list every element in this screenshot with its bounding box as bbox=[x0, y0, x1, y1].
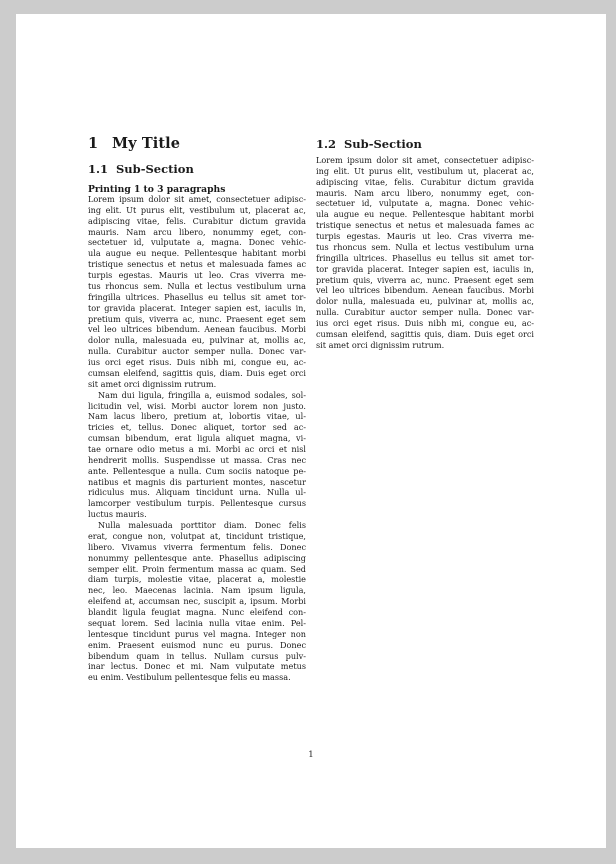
text-line: turpis egestas. Mauris ut leo. Cras vive… bbox=[316, 231, 534, 242]
text-line: tristique senectus et netus et malesuada… bbox=[316, 220, 534, 231]
text-line: ing elit. Ut purus elit, vestibulum ut, … bbox=[316, 166, 534, 177]
subsection-title: 1.1Sub-Section bbox=[88, 162, 194, 176]
text-line: sectetuer id, vulputate a, magna. Donec … bbox=[316, 198, 534, 209]
text-line: hendrerit mollis. Suspendisse ut massa. … bbox=[88, 455, 306, 466]
text-line: lentesque tincidunt purus vel magna. Int… bbox=[88, 629, 306, 640]
text-line: sit amet orci dignissim rutrum. bbox=[316, 340, 534, 351]
text-line: natibus et magnis dis parturient montes,… bbox=[88, 477, 306, 488]
section-number: 1 bbox=[88, 135, 112, 152]
text-line: vel leo ultrices bibendum. Aenean faucib… bbox=[88, 324, 306, 335]
text-line: ante. Pellentesque a nulla. Cum sociis n… bbox=[88, 466, 306, 477]
subsection-title: 1.2Sub-Section bbox=[316, 137, 422, 151]
section-title-text: My Title bbox=[112, 135, 180, 152]
subsection-title-text: Sub-Section bbox=[116, 162, 194, 176]
text-line: lamcorper vestibulum turpis. Pellentesqu… bbox=[88, 498, 306, 509]
text-line: nec, leo. Maecenas lacinia. Nam ipsum li… bbox=[88, 585, 306, 596]
text-line: libero. Vivamus viverra fermentum felis.… bbox=[88, 542, 306, 553]
text-line: sequat lorem. Sed lacinia nulla vitae en… bbox=[88, 618, 306, 629]
text-line: adipiscing vitae, felis. Curabitur dictu… bbox=[88, 216, 306, 227]
text-line: pretium quis, viverra ac, nunc. Praesent… bbox=[316, 275, 534, 286]
text-line: nonummy pellentesque ante. Phasellus adi… bbox=[88, 553, 306, 564]
text-line: ula augue eu neque. Pellentesque habitan… bbox=[88, 248, 306, 259]
text-line: Nam dui ligula, fringilla a, euismod sod… bbox=[88, 390, 306, 401]
text-line: eu enim. Vestibulum pellentesque felis e… bbox=[88, 672, 306, 683]
text-line: ula augue eu neque. Pellentesque habitan… bbox=[316, 209, 534, 220]
text-line: semper elit. Proin fermentum massa ac qu… bbox=[88, 564, 306, 575]
text-line: ridiculus mus. Aliquam tincidunt urna. N… bbox=[88, 487, 306, 498]
text-line: adipiscing vitae, felis. Curabitur dictu… bbox=[316, 177, 534, 188]
text-line: tus rhoncus sem. Nulla et lectus vestibu… bbox=[316, 242, 534, 253]
subsection-number: 1.2 bbox=[316, 137, 344, 151]
text-line: mauris. Nam arcu libero, nonummy eget, c… bbox=[88, 227, 306, 238]
text-line: Nam lacus libero, pretium at, lobortis v… bbox=[88, 411, 306, 422]
text-line: tae ornare odio metus a mi. Morbi ac orc… bbox=[88, 444, 306, 455]
text-line: mauris. Nam arcu libero, nonummy eget, c… bbox=[316, 188, 534, 199]
text-line: ius orci eget risus. Duis nibh mi, congu… bbox=[316, 318, 534, 329]
text-line: dolor nulla, malesuada eu, pulvinar at, … bbox=[88, 335, 306, 346]
text-line: tor gravida placerat. Integer sapien est… bbox=[88, 303, 306, 314]
text-line: Nulla malesuada porttitor diam. Donec fe… bbox=[88, 520, 306, 531]
text-line: inar lectus. Donec et mi. Nam vulputate … bbox=[88, 661, 306, 672]
text-line: bibendum quam in tellus. Nullam cursus p… bbox=[88, 651, 306, 662]
page-number: 1 bbox=[16, 750, 606, 760]
text-line: vel leo ultrices bibendum. Aenean faucib… bbox=[316, 285, 534, 296]
text-line: eleifend at, accumsan nec, suscipit a, i… bbox=[88, 596, 306, 607]
text-line: cumsan eleifend, sagittis quis, diam. Du… bbox=[88, 368, 306, 379]
text-line: luctus mauris. bbox=[88, 509, 306, 520]
subsection-title-text: Sub-Section bbox=[344, 137, 422, 151]
text-line: Lorem ipsum dolor sit amet, consectetuer… bbox=[88, 194, 306, 205]
text-line: pretium quis, viverra ac, nunc. Praesent… bbox=[88, 314, 306, 325]
text-line: tricies et, tellus. Donec aliquet, torto… bbox=[88, 422, 306, 433]
text-line: tristique senectus et netus et malesuada… bbox=[88, 259, 306, 270]
document-page: 1My Title 1.1Sub-Section Printing 1 to 3… bbox=[16, 14, 606, 848]
text-line: blandit ligula feugiat magna. Nunc eleif… bbox=[88, 607, 306, 618]
text-line: tor gravida placerat. Integer sapien est… bbox=[316, 264, 534, 275]
text-line: dolor nulla, malesuada eu, pulvinar at, … bbox=[316, 296, 534, 307]
text-line: Lorem ipsum dolor sit amet, consectetuer… bbox=[316, 155, 534, 166]
text-line: tus rhoncus sem. Nulla et lectus vestibu… bbox=[88, 281, 306, 292]
text-line: ius orci eget risus. Duis nibh mi, congu… bbox=[88, 357, 306, 368]
text-line: erat, congue non, volutpat at, tincidunt… bbox=[88, 531, 306, 542]
text-line: licitudin vel, wisi. Morbi auctor lorem … bbox=[88, 401, 306, 412]
text-line: fringilla ultrices. Phasellus eu tellus … bbox=[316, 253, 534, 264]
text-line: nulla. Curabitur auctor semper nulla. Do… bbox=[88, 346, 306, 357]
text-line: fringilla ultrices. Phasellus eu tellus … bbox=[88, 292, 306, 303]
text-line: cumsan eleifend, sagittis quis, diam. Du… bbox=[316, 329, 534, 340]
text-line: cumsan bibendum, erat ligula aliquet mag… bbox=[88, 433, 306, 444]
subsection-number: 1.1 bbox=[88, 162, 116, 176]
text-line: nulla. Curabitur auctor semper nulla. Do… bbox=[316, 307, 534, 318]
text-line: enim. Praesent euismod nunc eu purus. Do… bbox=[88, 640, 306, 651]
text-line: ing elit. Ut purus elit, vestibulum ut, … bbox=[88, 205, 306, 216]
text-line: turpis egestas. Mauris ut leo. Cras vive… bbox=[88, 270, 306, 281]
text-line: sectetuer id, vulputate a, magna. Donec … bbox=[88, 237, 306, 248]
text-line: diam turpis, molestie vitae, placerat a,… bbox=[88, 574, 306, 585]
section-title: 1My Title bbox=[88, 135, 180, 152]
text-line: sit amet orci dignissim rutrum. bbox=[88, 379, 306, 390]
